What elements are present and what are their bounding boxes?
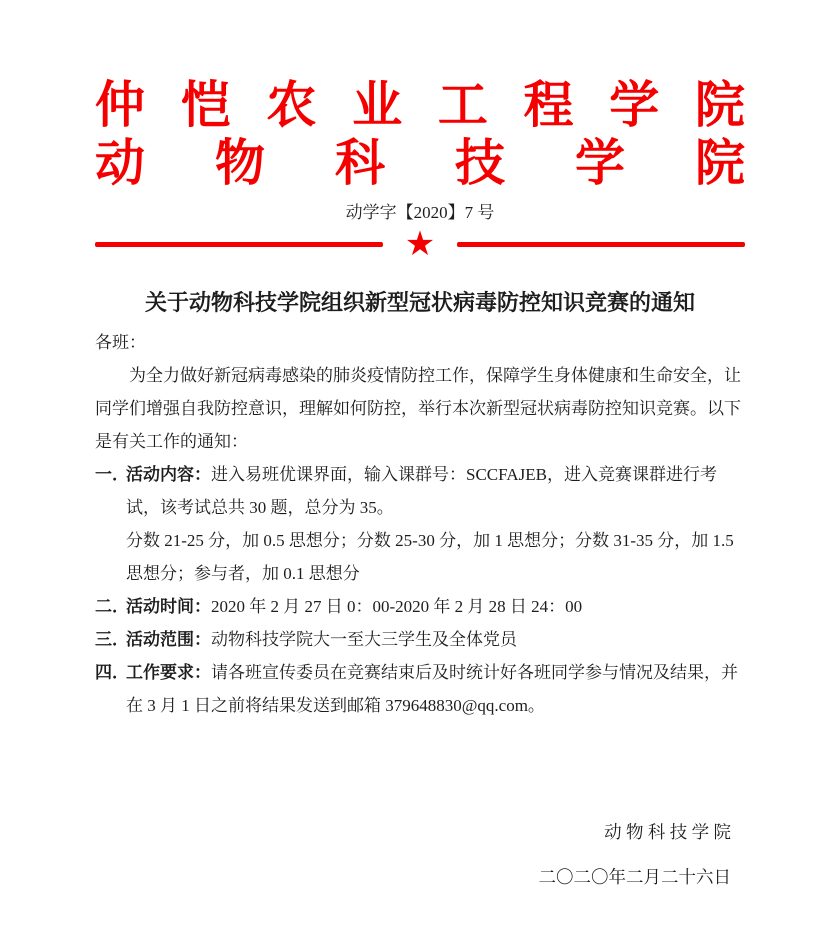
item-3-content: 动物科技学院大一至大三学生及全体党员 bbox=[211, 630, 517, 649]
list-item-3: 三． 活动范围：动物科技学院大一至大三学生及全体党员 bbox=[95, 623, 745, 656]
issue-date: 二〇二〇年二月二十六日 bbox=[95, 861, 731, 894]
item-1-extra: 分数 21-25 分，加 0.5 思想分；分数 25-30 分，加 1 思想分；… bbox=[126, 524, 745, 590]
item-4-label: 工作要求： bbox=[126, 663, 211, 682]
red-masthead: 仲恺农业工程学院 动物科技学院 动学字【2020】7 号 ★ bbox=[95, 76, 745, 261]
masthead-line-2: 动物科技学院 bbox=[95, 134, 745, 192]
masthead-char: 学 bbox=[609, 76, 659, 134]
notice-body: 关于动物科技学院组织新型冠状病毒防控知识竞赛的通知 各班： 为全力做好新冠病毒感… bbox=[95, 288, 745, 722]
list-item-4: 四． 工作要求：请各班宣传委员在竞赛结束后及时统计好各班同学参与情况及结果，并在… bbox=[95, 656, 745, 722]
item-3-marker: 三． bbox=[95, 623, 129, 656]
masthead-char: 仲 bbox=[95, 76, 145, 134]
list-item-1: 一． 活动内容：进入易班优课界面，输入课群号：SCCFAJEB，进入竞赛课群进行… bbox=[95, 458, 745, 590]
masthead-char: 程 bbox=[524, 76, 574, 134]
item-4-content: 请各班宣传委员在竞赛结束后及时统计好各班同学参与情况及结果，并在 3 月 1 日… bbox=[126, 663, 738, 715]
item-1-content: 进入易班优课界面，输入课群号：SCCFAJEB，进入竞赛课群进行考试，该考试总共… bbox=[126, 465, 717, 517]
item-1-label: 活动内容： bbox=[126, 465, 211, 484]
masthead-char: 学 bbox=[575, 134, 625, 192]
item-2-marker: 二． bbox=[95, 590, 129, 623]
masthead-char: 技 bbox=[455, 134, 505, 192]
masthead-line-1: 仲恺农业工程学院 bbox=[95, 76, 745, 134]
masthead-char: 院 bbox=[695, 134, 745, 192]
salutation: 各班： bbox=[95, 326, 745, 359]
item-3-text: 活动范围：动物科技学院大一至大三学生及全体党员 bbox=[126, 623, 745, 656]
notice-title: 关于动物科技学院组织新型冠状病毒防控知识竞赛的通知 bbox=[95, 288, 745, 318]
masthead-char: 院 bbox=[695, 76, 745, 134]
item-2-content: 2020 年 2 月 27 日 0：00-2020 年 2 月 28 日 24：… bbox=[211, 597, 582, 616]
item-1-marker: 一． bbox=[95, 458, 129, 491]
item-3-label: 活动范围： bbox=[126, 630, 211, 649]
masthead-char: 物 bbox=[215, 134, 265, 192]
masthead-char: 农 bbox=[266, 76, 316, 134]
masthead-char: 科 bbox=[335, 134, 385, 192]
list-item-2: 二． 活动时间：2020 年 2 月 27 日 0：00-2020 年 2 月 … bbox=[95, 590, 745, 623]
item-1-text: 活动内容：进入易班优课界面，输入课群号：SCCFAJEB，进入竞赛课群进行考试，… bbox=[126, 458, 745, 524]
divider-line-right bbox=[457, 242, 745, 247]
masthead-char: 恺 bbox=[181, 76, 231, 134]
masthead-char: 业 bbox=[352, 76, 402, 134]
masthead-char: 动 bbox=[95, 134, 145, 192]
item-2-label: 活动时间： bbox=[126, 597, 211, 616]
notice-items: 一． 活动内容：进入易班优课界面，输入课群号：SCCFAJEB，进入竞赛课群进行… bbox=[95, 458, 745, 722]
item-2-text: 活动时间：2020 年 2 月 27 日 0：00-2020 年 2 月 28 … bbox=[126, 590, 745, 623]
red-divider: ★ bbox=[95, 227, 745, 261]
document-number: 动学字【2020】7 号 bbox=[95, 200, 745, 226]
item-4-marker: 四． bbox=[95, 656, 129, 689]
notice-document-page: 仲恺农业工程学院 动物科技学院 动学字【2020】7 号 ★ 关于动物科技学院组… bbox=[0, 0, 820, 929]
divider-line-left bbox=[95, 242, 383, 247]
issuing-department: 动 物 科 技 学 院 bbox=[95, 816, 731, 849]
item-4-text: 工作要求：请各班宣传委员在竞赛结束后及时统计好各班同学参与情况及结果，并在 3 … bbox=[126, 656, 745, 722]
star-icon: ★ bbox=[405, 227, 435, 261]
masthead-char: 工 bbox=[438, 76, 488, 134]
signature-block: 动 物 科 技 学 院 二〇二〇年二月二十六日 bbox=[95, 816, 745, 894]
intro-paragraph: 为全力做好新冠病毒感染的肺炎疫情防控工作，保障学生身体健康和生命安全，让同学们增… bbox=[95, 359, 745, 458]
